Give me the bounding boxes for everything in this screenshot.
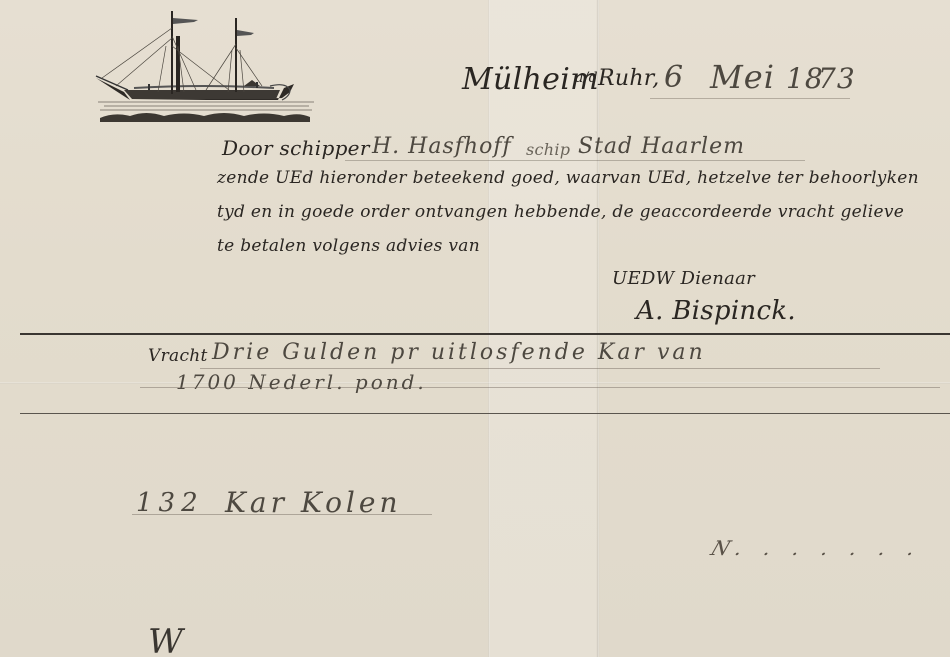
printed-door-schipper: Door schipper [222, 136, 370, 160]
freight-bottom-rule [20, 413, 950, 414]
freight-pencil-line-1 [200, 368, 880, 369]
body-line-4: te betalen volgens advies van [217, 236, 480, 256]
body-line-2: zende UEd hieronder beteekend goed, waar… [217, 168, 919, 188]
date-year-handwritten: 73 [818, 62, 856, 95]
freight-line-1: Drie Gulden pr uitlosfende Kar van [212, 340, 706, 365]
cargo-pencil-line [132, 514, 432, 515]
ship-name: Stad Haarlem [578, 134, 745, 159]
pencil-scribble: N. . . . . . . [708, 536, 928, 560]
freight-top-rule [20, 333, 950, 335]
place-river: Ruhr, [598, 66, 660, 91]
place-suffix: a/d [575, 70, 598, 86]
freight-line-2: 1700 Nederl. pond. [176, 370, 427, 394]
freight-label: Vracht [148, 346, 208, 366]
paddle-steamer-icon [94, 6, 318, 124]
skipper-line [345, 160, 805, 161]
salutation: UEDW Dienaar [612, 268, 755, 289]
date-month: Mei [710, 58, 775, 96]
bottom-initial: W [148, 622, 184, 657]
signature: A. Bispinck. [636, 296, 796, 326]
date-day: 6 [664, 60, 684, 95]
body-line-3: tyd en in goede order ontvangen hebbende… [217, 202, 904, 222]
fold-crease-horizontal [0, 382, 950, 384]
freight-pencil-line-2 [140, 387, 940, 388]
date-underline [650, 98, 850, 99]
fold-crease-vertical-2 [597, 0, 599, 657]
fold-crease-vertical [488, 0, 490, 657]
skipper-name: H. Hasfhoff [372, 134, 512, 159]
printed-schip: schip [526, 140, 570, 159]
